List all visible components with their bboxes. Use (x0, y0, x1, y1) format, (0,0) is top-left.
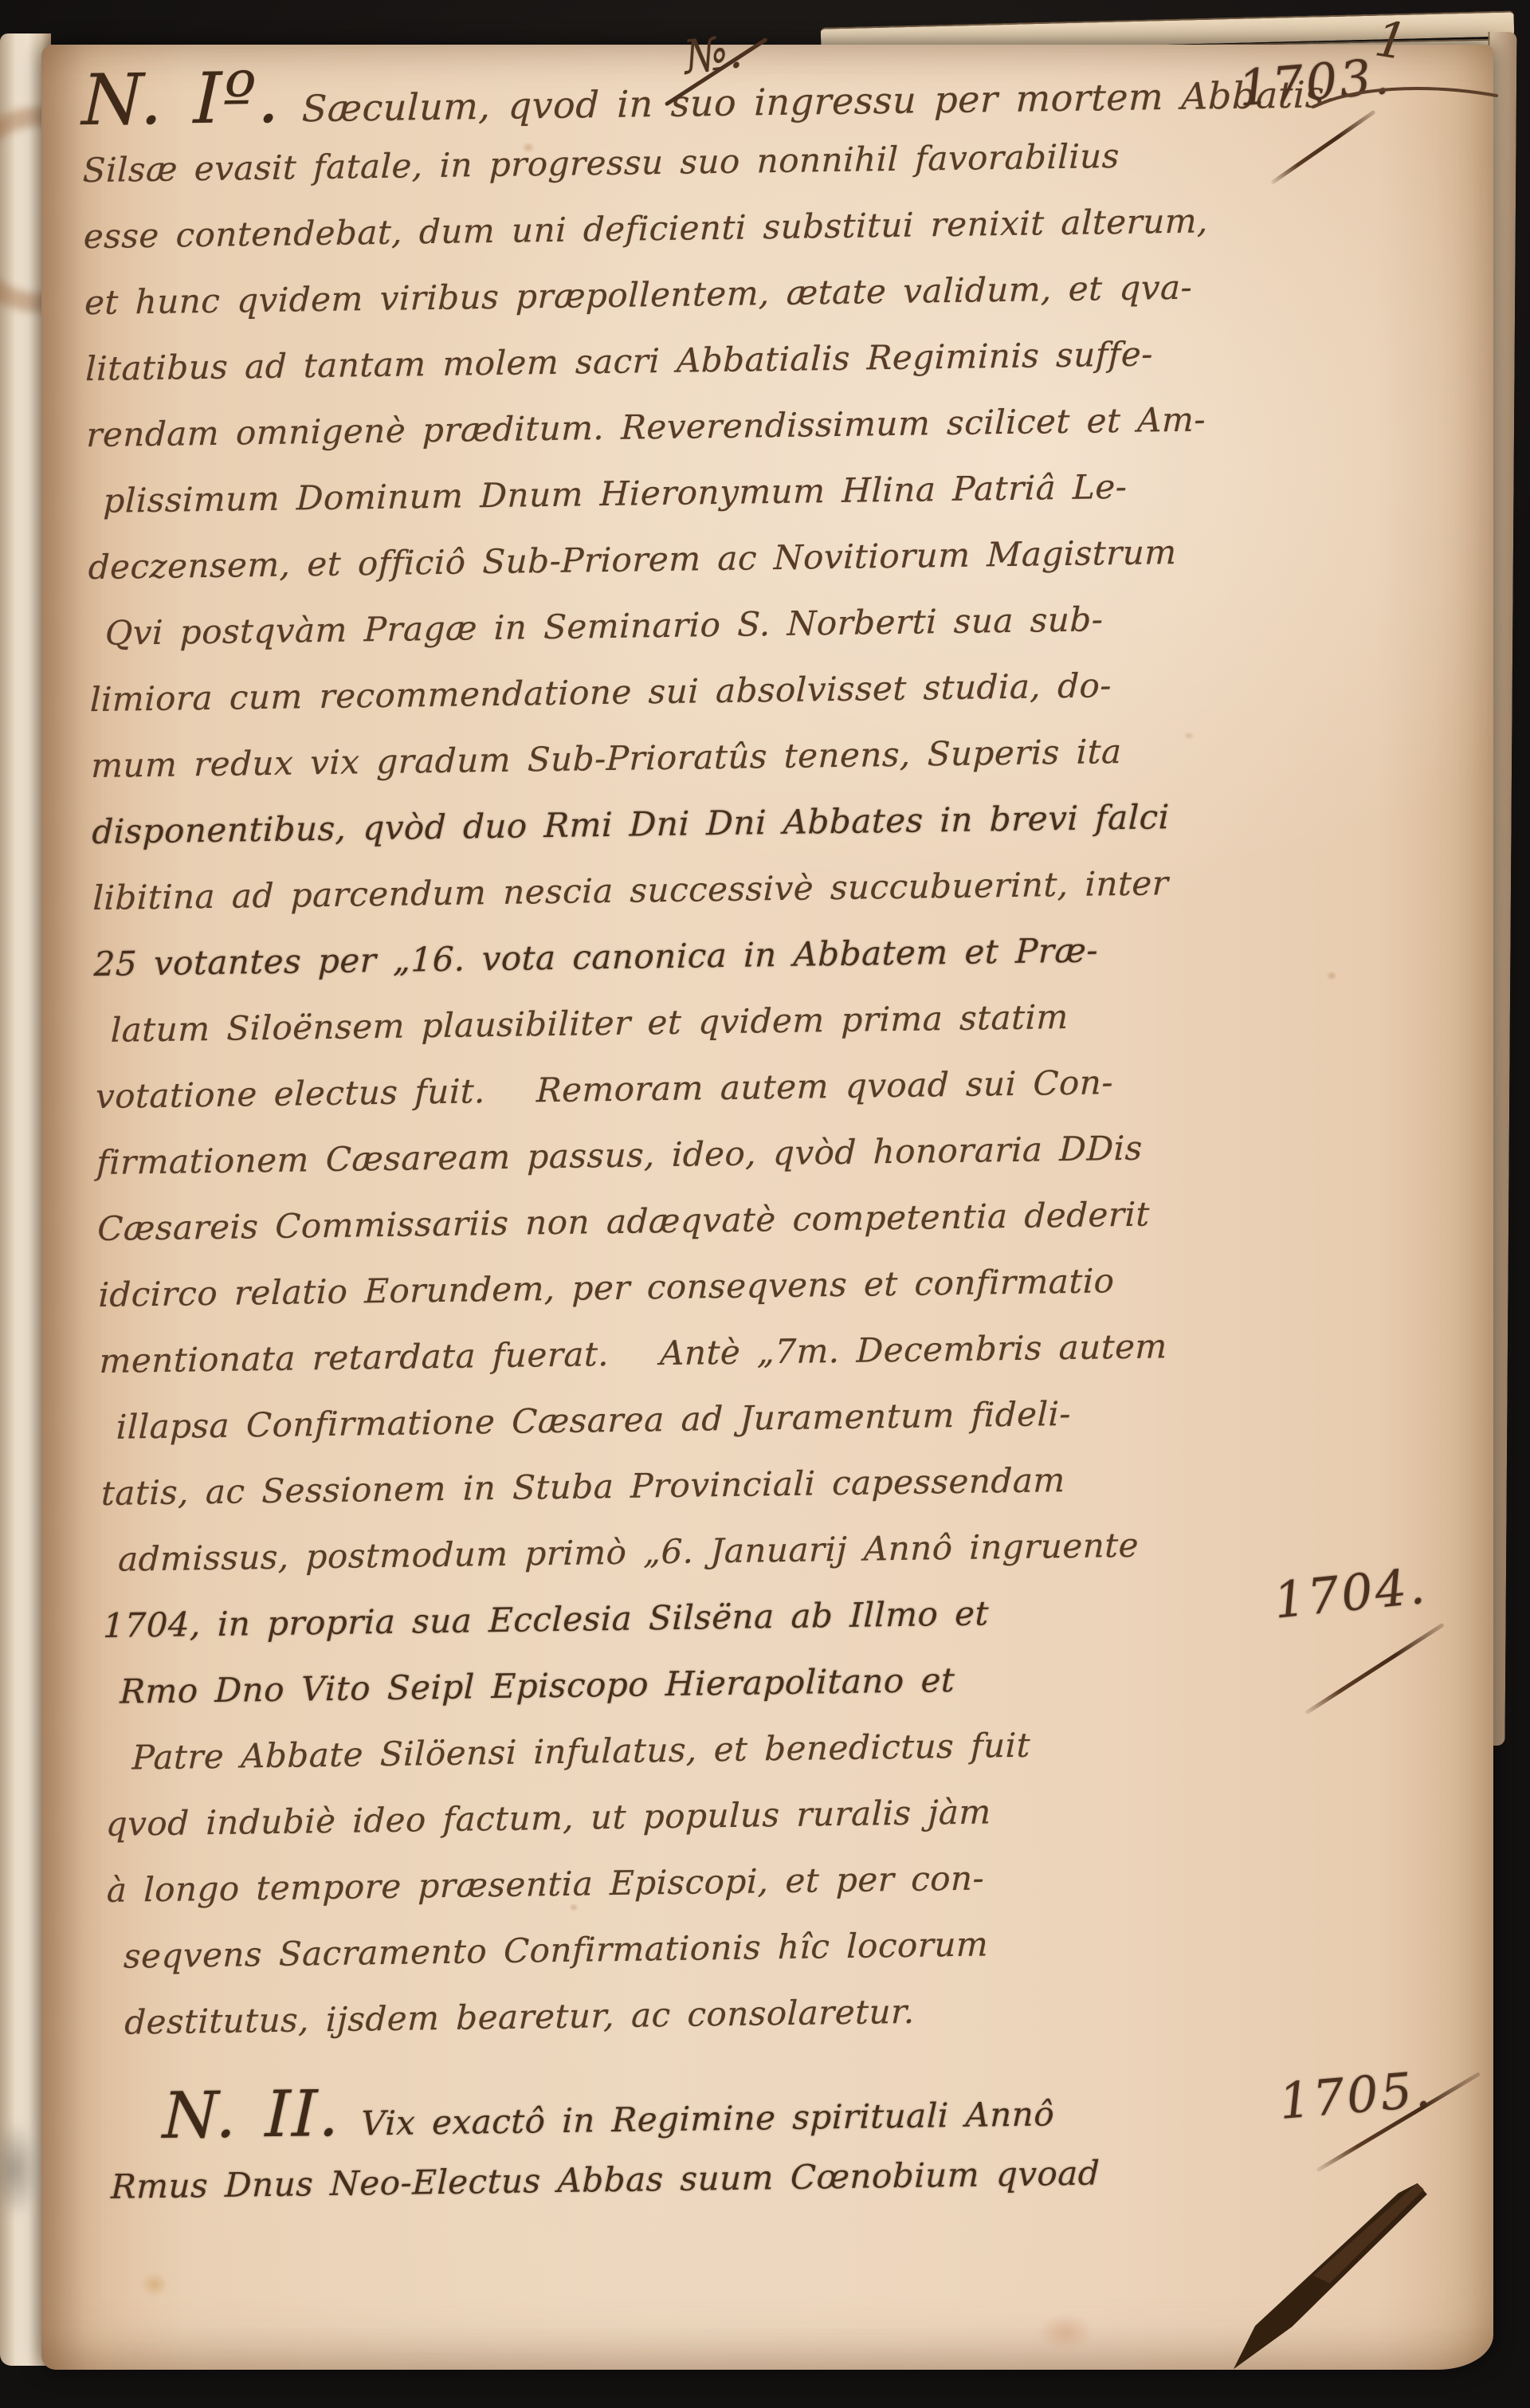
heavy-ink-flourish (1184, 2147, 1442, 2370)
photo-background: №. 1 N. Iº.Sæculum, qvod in suo ingressu… (0, 0, 1530, 2408)
section-numeral: N. II. (162, 2076, 362, 2153)
folio-header-mark: №. (681, 24, 745, 84)
gray-smudge (0, 2106, 45, 2233)
section-numeral: N. Iº. (81, 56, 304, 141)
page-number-underline (1308, 77, 1508, 116)
manuscript-page: N. Iº.Sæculum, qvod in suo ingressu per … (41, 45, 1493, 2370)
foxing-spot (1030, 2308, 1101, 2356)
handwritten-text: N. Iº.Sæculum, qvod in suo ingressu per … (57, 49, 1489, 2233)
foxing-spot (137, 2269, 172, 2300)
